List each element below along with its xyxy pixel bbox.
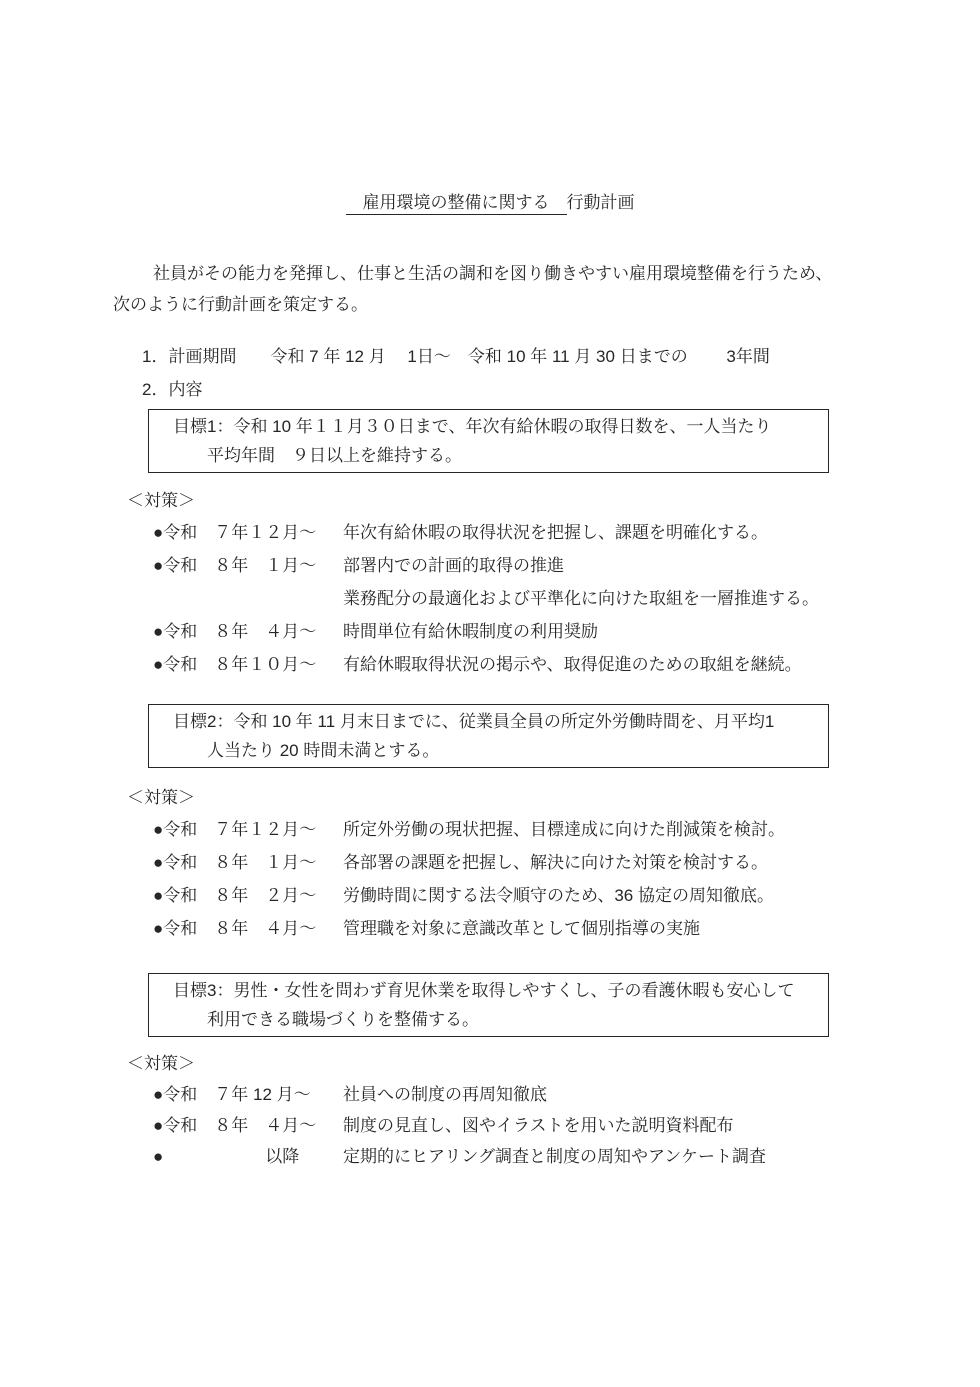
goal-box-line: 利用できる職場づくりを整備する。 xyxy=(207,1005,822,1034)
measure-text: 業務配分の最適化および平準化に向けた取組を一層推進する。 xyxy=(343,582,980,615)
measures-heading-3: ＜対策＞ xyxy=(127,1054,980,1074)
measure-date: ●令和 ８年１０月～ xyxy=(153,648,343,681)
measure-text: 労働時間に関する法令順守のため、36 協定の周知徹底。 xyxy=(343,879,980,912)
measure-text: 社員への制度の再周知徹底 xyxy=(343,1079,980,1110)
measures-list-2: ●令和 ７年１２月～ 所定外労働の現状把握、目標達成に向けた削減策を検討。 ●令… xyxy=(153,813,980,945)
measure-date: ●令和 ８年 ４月～ xyxy=(153,912,343,945)
goal-box-line: 目標2：令和 10 年 11 月末日までに、従業員全員の所定外労働時間を、月平均… xyxy=(173,707,822,736)
measure-row: ●令和 ８年 ４月～ 制度の見直し、図やイラストを用いた説明資料配布 xyxy=(153,1110,980,1141)
goal-2-box: 目標2：令和 10 年 11 月末日までに、従業員全員の所定外労働時間を、月平均… xyxy=(148,704,829,768)
measure-row: ●令和 ８年 ４月～ 管理職を対象に意識改革として個別指導の実施 xyxy=(153,912,980,945)
measure-text: 時間単位有給休暇制度の利用奨励 xyxy=(343,615,980,648)
measure-date: ●令和 ８年 ４月～ xyxy=(153,1110,343,1141)
goal-box-line: 人当たり 20 時間未満とする。 xyxy=(207,736,822,765)
intro-line: 社員がその能力を発揮し、仕事と生活の調和を図り働きやすい雇用環境整備を行うため、 xyxy=(113,258,865,289)
content-item: 2．内容 xyxy=(142,373,980,406)
measure-text: 制度の見直し、図やイラストを用いた説明資料配布 xyxy=(343,1110,980,1141)
measure-text: 所定外労働の現状把握、目標達成に向けた削減策を検討。 xyxy=(343,813,980,846)
measure-row: ●令和 ７年 12 月～ 社員への制度の再周知徹底 xyxy=(153,1079,980,1110)
measure-date: ●令和 ８年 ４月～ xyxy=(153,615,343,648)
measure-date: ●令和 ８年 １月～ xyxy=(153,846,343,879)
measures-list-3: ●令和 ７年 12 月～ 社員への制度の再周知徹底 ●令和 ８年 ４月～ 制度の… xyxy=(153,1079,980,1172)
measure-row: 業務配分の最適化および平準化に向けた取組を一層推進する。 xyxy=(153,582,980,615)
title-plain-part: 行動計画 xyxy=(567,193,635,212)
measure-text: 年次有給休暇の取得状況を把握し、課題を明確化する。 xyxy=(343,516,980,549)
measure-row: ●令和 ７年１２月～ 所定外労働の現状把握、目標達成に向けた削減策を検討。 xyxy=(153,813,980,846)
measure-row: ●令和 ７年１２月～ 年次有給休暇の取得状況を把握し、課題を明確化する。 xyxy=(153,516,980,549)
document-title: 雇用環境の整備に関する 行動計画 xyxy=(0,191,980,215)
intro-line: 次のように行動計画を策定する。 xyxy=(113,289,865,320)
measure-date: ●令和 ７年１２月～ xyxy=(153,516,343,549)
goal-box-line: 平均年間 ９日以上を維持する。 xyxy=(207,441,822,470)
goal-box-line: 目標3：男性・女性を問わず育児休業を取得しやすくし、子の看護休暇も安心して xyxy=(173,976,822,1005)
measure-date: ●令和 ８年 ２月～ xyxy=(153,879,343,912)
goal-box-line: 目標1：令和 10 年１１月３０日まで、年次有給休暇の取得日数を、一人当たり xyxy=(173,412,822,441)
goal-3-box: 目標3：男性・女性を問わず育児休業を取得しやすくし、子の看護休暇も安心して 利用… xyxy=(148,973,829,1037)
measure-row: ● 以降 定期的にヒアリング調査と制度の周知やアンケート調査 xyxy=(153,1141,980,1172)
measure-text: 部署内での計画的取得の推進 xyxy=(343,549,980,582)
measure-text: 各部署の課題を把握し、解決に向けた対策を検討する。 xyxy=(343,846,980,879)
measure-date: ●令和 ７年１２月～ xyxy=(153,813,343,846)
measures-heading-2: ＜対策＞ xyxy=(127,788,980,808)
measure-text: 管理職を対象に意識改革として個別指導の実施 xyxy=(343,912,980,945)
measure-row: ●令和 ８年１０月～ 有給休暇取得状況の掲示や、取得促進のための取組を継続。 xyxy=(153,648,980,681)
plan-period-item: 1．計画期間 令和 7 年 12 月 1日～ 令和 10 年 11 月 30 日… xyxy=(142,340,980,373)
measure-date: ●令和 ８年 １月～ xyxy=(153,549,343,582)
measure-date: ●令和 ７年 12 月～ xyxy=(153,1079,343,1110)
measure-date: ● 以降 xyxy=(153,1141,343,1172)
measures-heading-1: ＜対策＞ xyxy=(127,491,980,511)
measure-row: ●令和 ８年 ２月～ 労働時間に関する法令順守のため、36 協定の周知徹底。 xyxy=(153,879,980,912)
measures-list-1: ●令和 ７年１２月～ 年次有給休暇の取得状況を把握し、課題を明確化する。 ●令和… xyxy=(153,516,980,681)
goal-1-box: 目標1：令和 10 年１１月３０日まで、年次有給休暇の取得日数を、一人当たり 平… xyxy=(148,409,829,473)
measure-row: ●令和 ８年 １月～ 各部署の課題を把握し、解決に向けた対策を検討する。 xyxy=(153,846,980,879)
document-page: 雇用環境の整備に関する 行動計画 社員がその能力を発揮し、仕事と生活の調和を図り… xyxy=(0,0,980,1387)
measure-date xyxy=(153,582,343,615)
measure-row: ●令和 ８年 １月～ 部署内での計画的取得の推進 xyxy=(153,549,980,582)
title-underlined-part: 雇用環境の整備に関する xyxy=(346,193,567,215)
measure-text: 定期的にヒアリング調査と制度の周知やアンケート調査 xyxy=(343,1141,980,1172)
measure-row: ●令和 ８年 ４月～ 時間単位有給休暇制度の利用奨励 xyxy=(153,615,980,648)
intro-paragraph: 社員がその能力を発揮し、仕事と生活の調和を図り働きやすい雇用環境整備を行うため、… xyxy=(113,258,865,320)
measure-text: 有給休暇取得状況の掲示や、取得促進のための取組を継続。 xyxy=(343,648,980,681)
